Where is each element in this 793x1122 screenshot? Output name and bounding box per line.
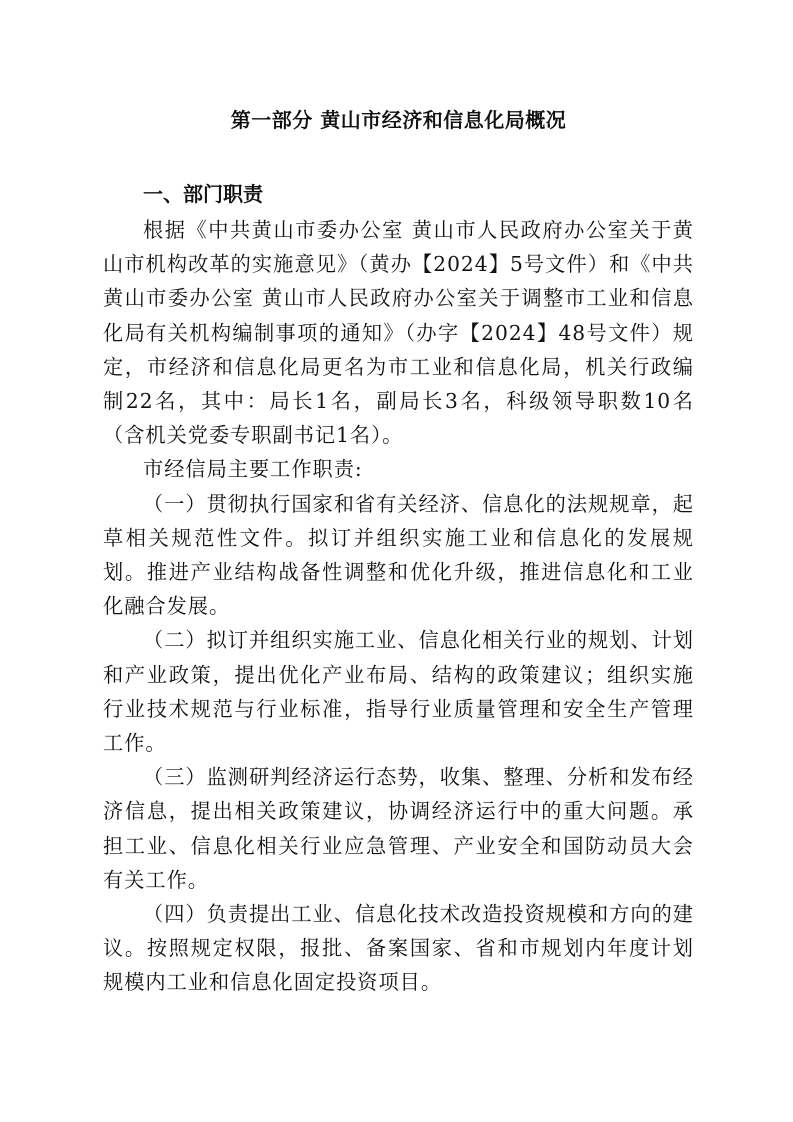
paragraph-duty-2: （二）拟订并组织实施工业、信息化相关行业的规划、计划和产业政策，提出优化产业布局… <box>103 623 694 760</box>
page-title: 第一部分 黄山市经济和信息化局概况 <box>103 104 694 133</box>
paragraph-duties-intro: 市经信局主要工作职责: <box>103 452 694 486</box>
document-body: 根据《中共黄山市委办公室 黄山市人民政府办公室关于黄山市机构改革的实施意见》（黄… <box>103 213 694 1000</box>
paragraph-duty-3: （三）监测研判经济运行态势，收集、整理、分析和发布经济信息，提出相关政策建议，协… <box>103 760 694 897</box>
section-heading: 一、部门职责 <box>143 178 263 207</box>
paragraph-mandate: 根据《中共黄山市委办公室 黄山市人民政府办公室关于黄山市机构改革的实施意见》（黄… <box>103 213 694 452</box>
paragraph-duty-4: （四）负责提出工业、信息化技术改造投资规模和方向的建议。按照规定权限，报批、备案… <box>103 897 694 1000</box>
paragraph-duty-1: （一）贯彻执行国家和省有关经济、信息化的法规规章，起草相关规范性文件。拟订并组织… <box>103 487 694 624</box>
